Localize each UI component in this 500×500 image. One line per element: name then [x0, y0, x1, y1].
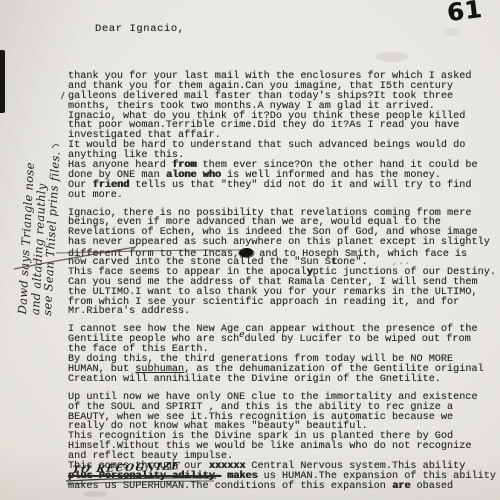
- text-run: Creation will annihiliate the Divine ori…: [68, 374, 441, 385]
- scan-smudge-2: [443, 28, 461, 36]
- letter-body: thank you for your last mail with the en…: [68, 72, 500, 500]
- text-run: Mr.Ribera's address.: [68, 306, 190, 317]
- text-run: tells us that "they" did not do it and w…: [129, 180, 471, 191]
- letter-line: makes us SUPERHUMAN.The conditions of th…: [68, 482, 500, 492]
- paragraph: thank you for your last mail with the en…: [68, 72, 500, 201]
- text-run: out more.: [68, 190, 123, 201]
- scan-edge-artifact: [0, 50, 5, 113]
- ink-blot: [239, 248, 253, 257]
- letter-line: out more.: [68, 191, 500, 201]
- letter-line: has never appeared as such anywhere on t…: [68, 238, 500, 248]
- margin-handwriting: Dawd says Triangle noseand altading reau…: [16, 74, 66, 316]
- text-run: obased: [410, 481, 453, 492]
- salutation: Dear Ignacio,: [95, 23, 185, 35]
- text-run: e: [239, 331, 244, 341]
- text-run: duled by Lucifer to be wiped out from: [245, 334, 471, 345]
- text-run: makes us SUPERHUMAN.The conditions of th…: [68, 481, 392, 492]
- paragraph: Ignacio, there is no possibility that re…: [68, 209, 500, 318]
- text-run: has never appeared as such anywhere on t…: [68, 237, 490, 248]
- scan-smudge: [376, 52, 408, 62]
- paragraph: I cannot see how the New Age can appear …: [68, 325, 500, 384]
- text-run: are: [392, 481, 410, 492]
- letter-page: 61 Dear Ignacio, Dawd says Triangle nose…: [0, 0, 500, 500]
- handwritten-page-number: 61: [445, 0, 484, 27]
- letter-line: Our friend tells us that "they" did not …: [68, 181, 500, 191]
- text-run: ,..: [368, 257, 411, 268]
- paragraph: Up until now we have only ONE clue to th…: [68, 393, 500, 492]
- letter-line: Creation will annihiliate the Divine ori…: [68, 375, 500, 385]
- letter-line: Mr.Ribera's address.: [68, 307, 500, 317]
